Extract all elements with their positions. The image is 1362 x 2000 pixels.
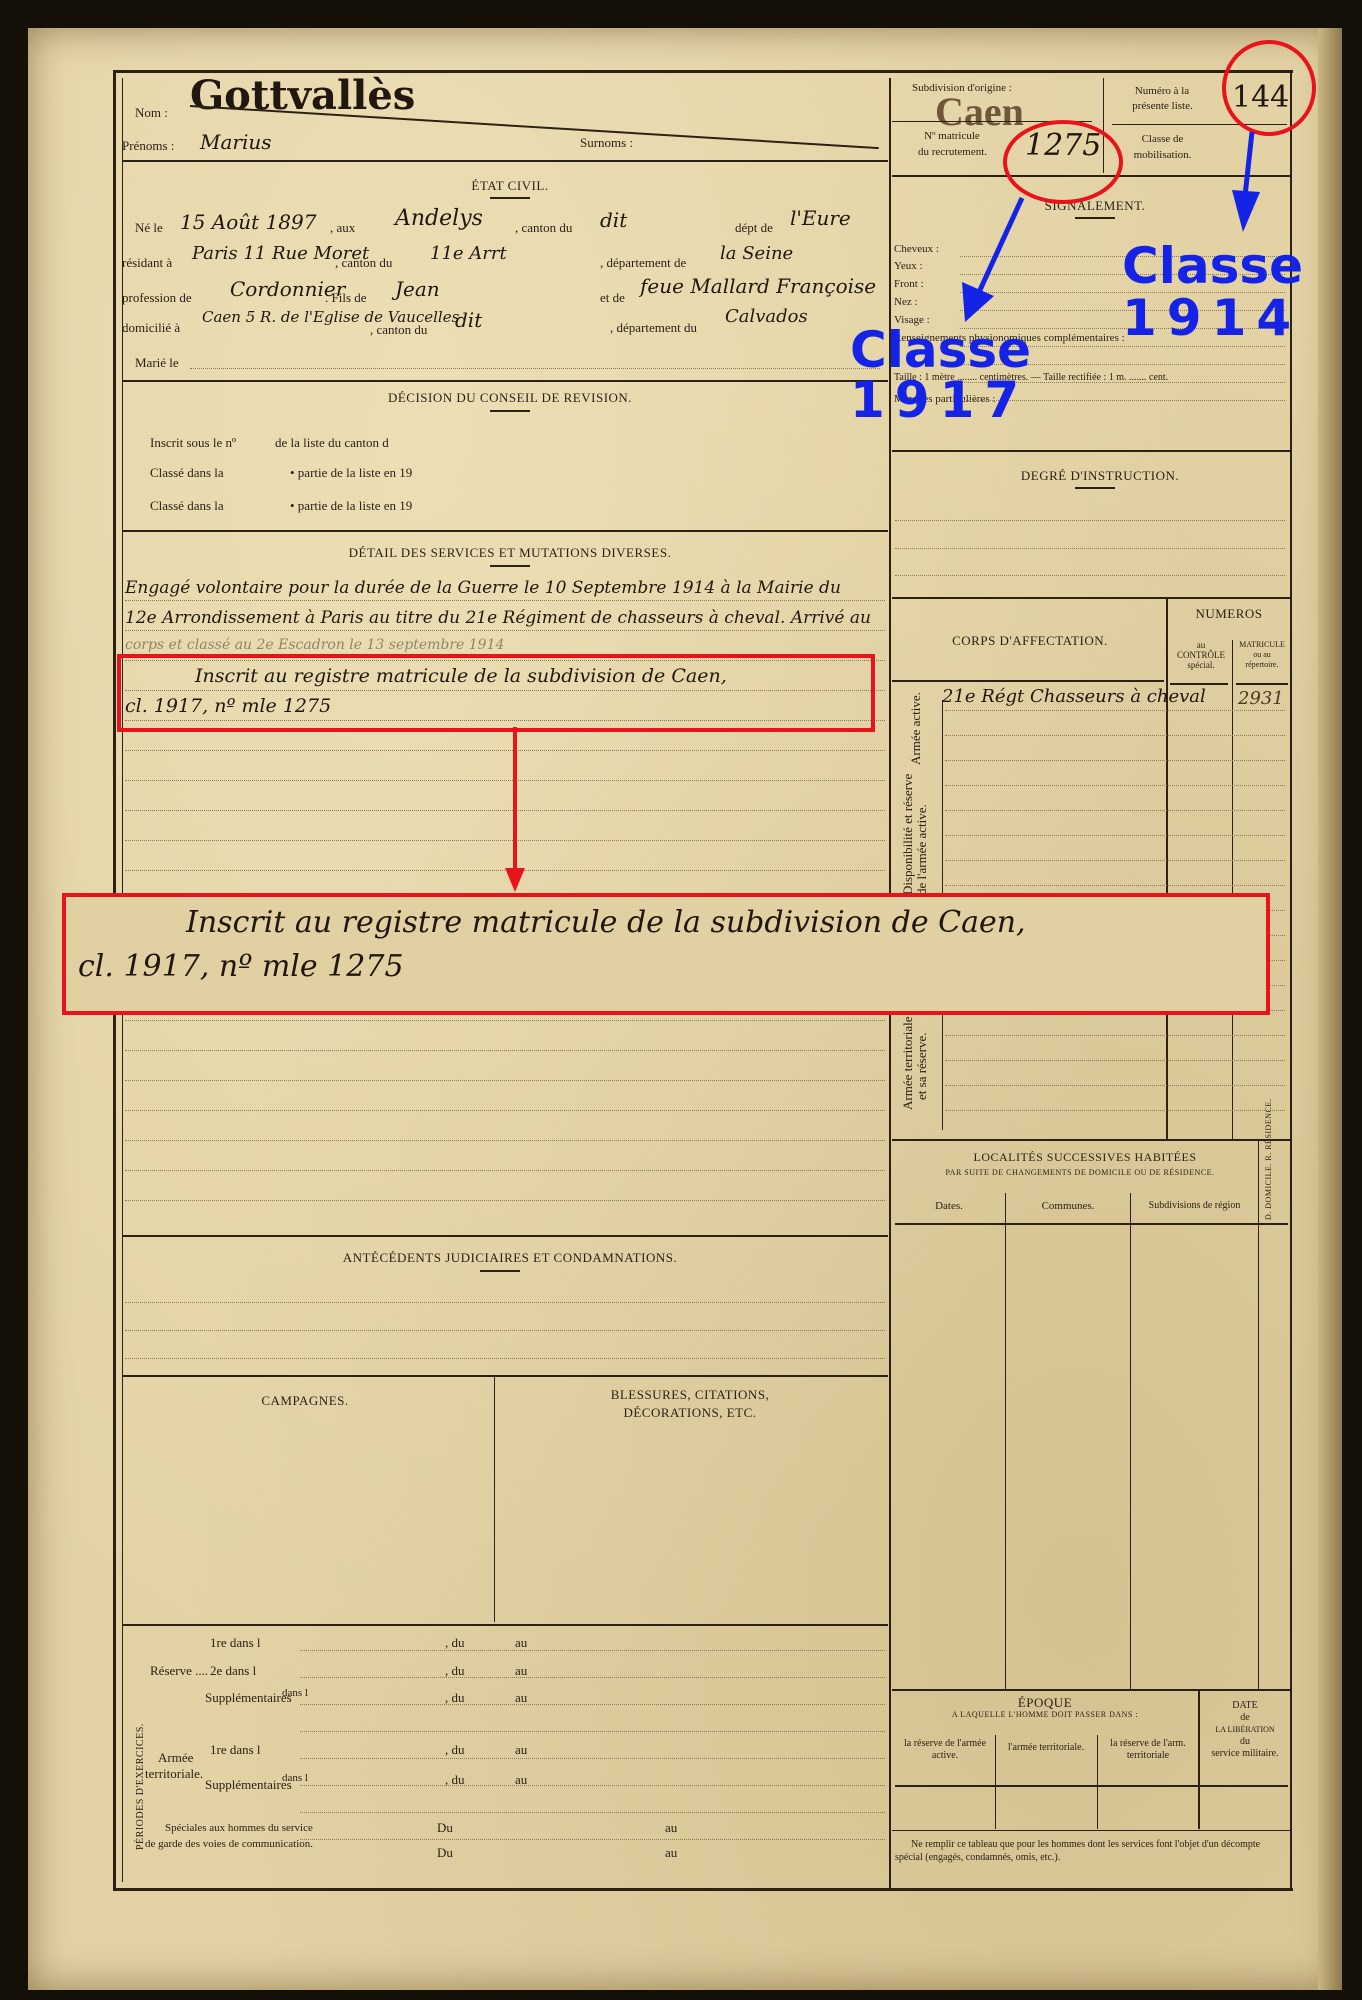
classe-1917-year: 1917 [850,375,1031,425]
classe-1914-word: Classe [1122,240,1303,292]
classe-1917-word: Classe [850,325,1031,375]
classe-1914-year: 1914 [1122,292,1303,344]
classe-1914-label: Classe 1914 [1122,240,1303,344]
classe-1917-label: Classe 1917 [850,325,1031,425]
